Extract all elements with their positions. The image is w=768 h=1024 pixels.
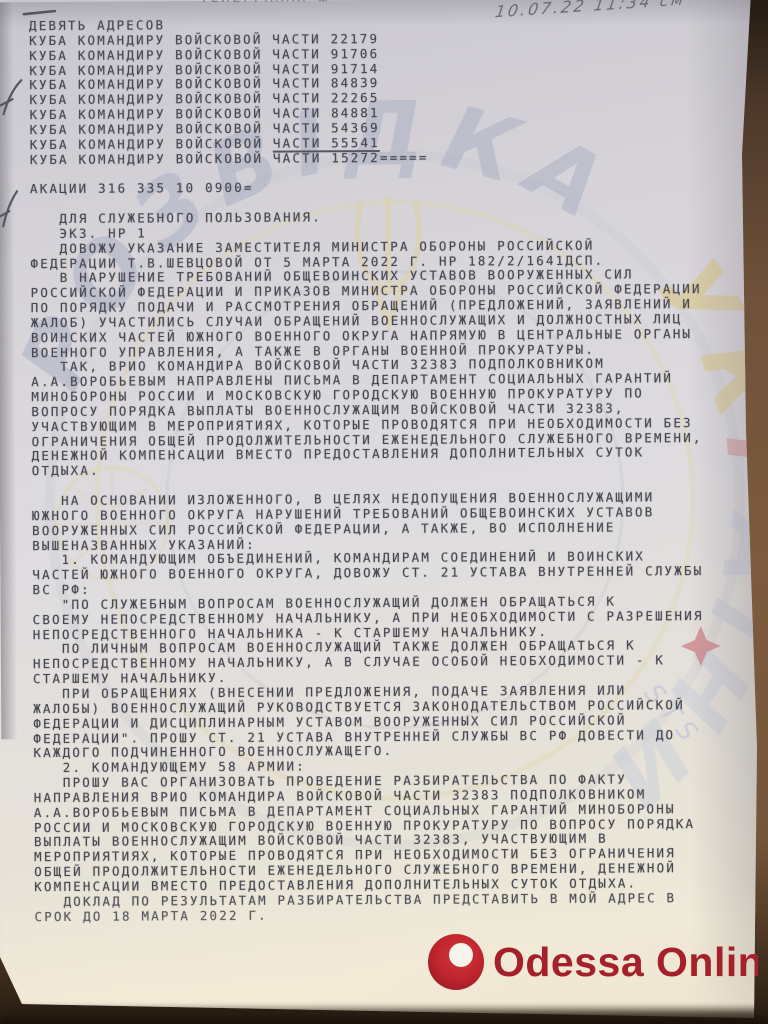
logo-text: Odessa Online — [493, 939, 758, 985]
clipped-header-line: ТЕЛЕГРАММА № — [200, 0, 330, 6]
logo-circle-hole — [449, 943, 473, 967]
paper-sheet: РОЗВІДКА УКРАЇНИ STS ТЕЛЕГРАММА № 10.07.… — [0, 0, 768, 1024]
odessa-online-logo: Odessa Online — [413, 925, 758, 1001]
document-text: ДЕВЯТЬ АДРЕСОВКУБА КОМАНДИРУ ВОЙСКОВОЙ Ч… — [29, 15, 741, 925]
table-edge-shadow — [0, 1004, 768, 1024]
paper-content: РОЗВІДКА УКРАЇНИ STS ТЕЛЕГРАММА № 10.07.… — [0, 0, 768, 1024]
photo-background: { "photo": { "clipped_header_text": "ТЕЛ… — [0, 0, 768, 1024]
